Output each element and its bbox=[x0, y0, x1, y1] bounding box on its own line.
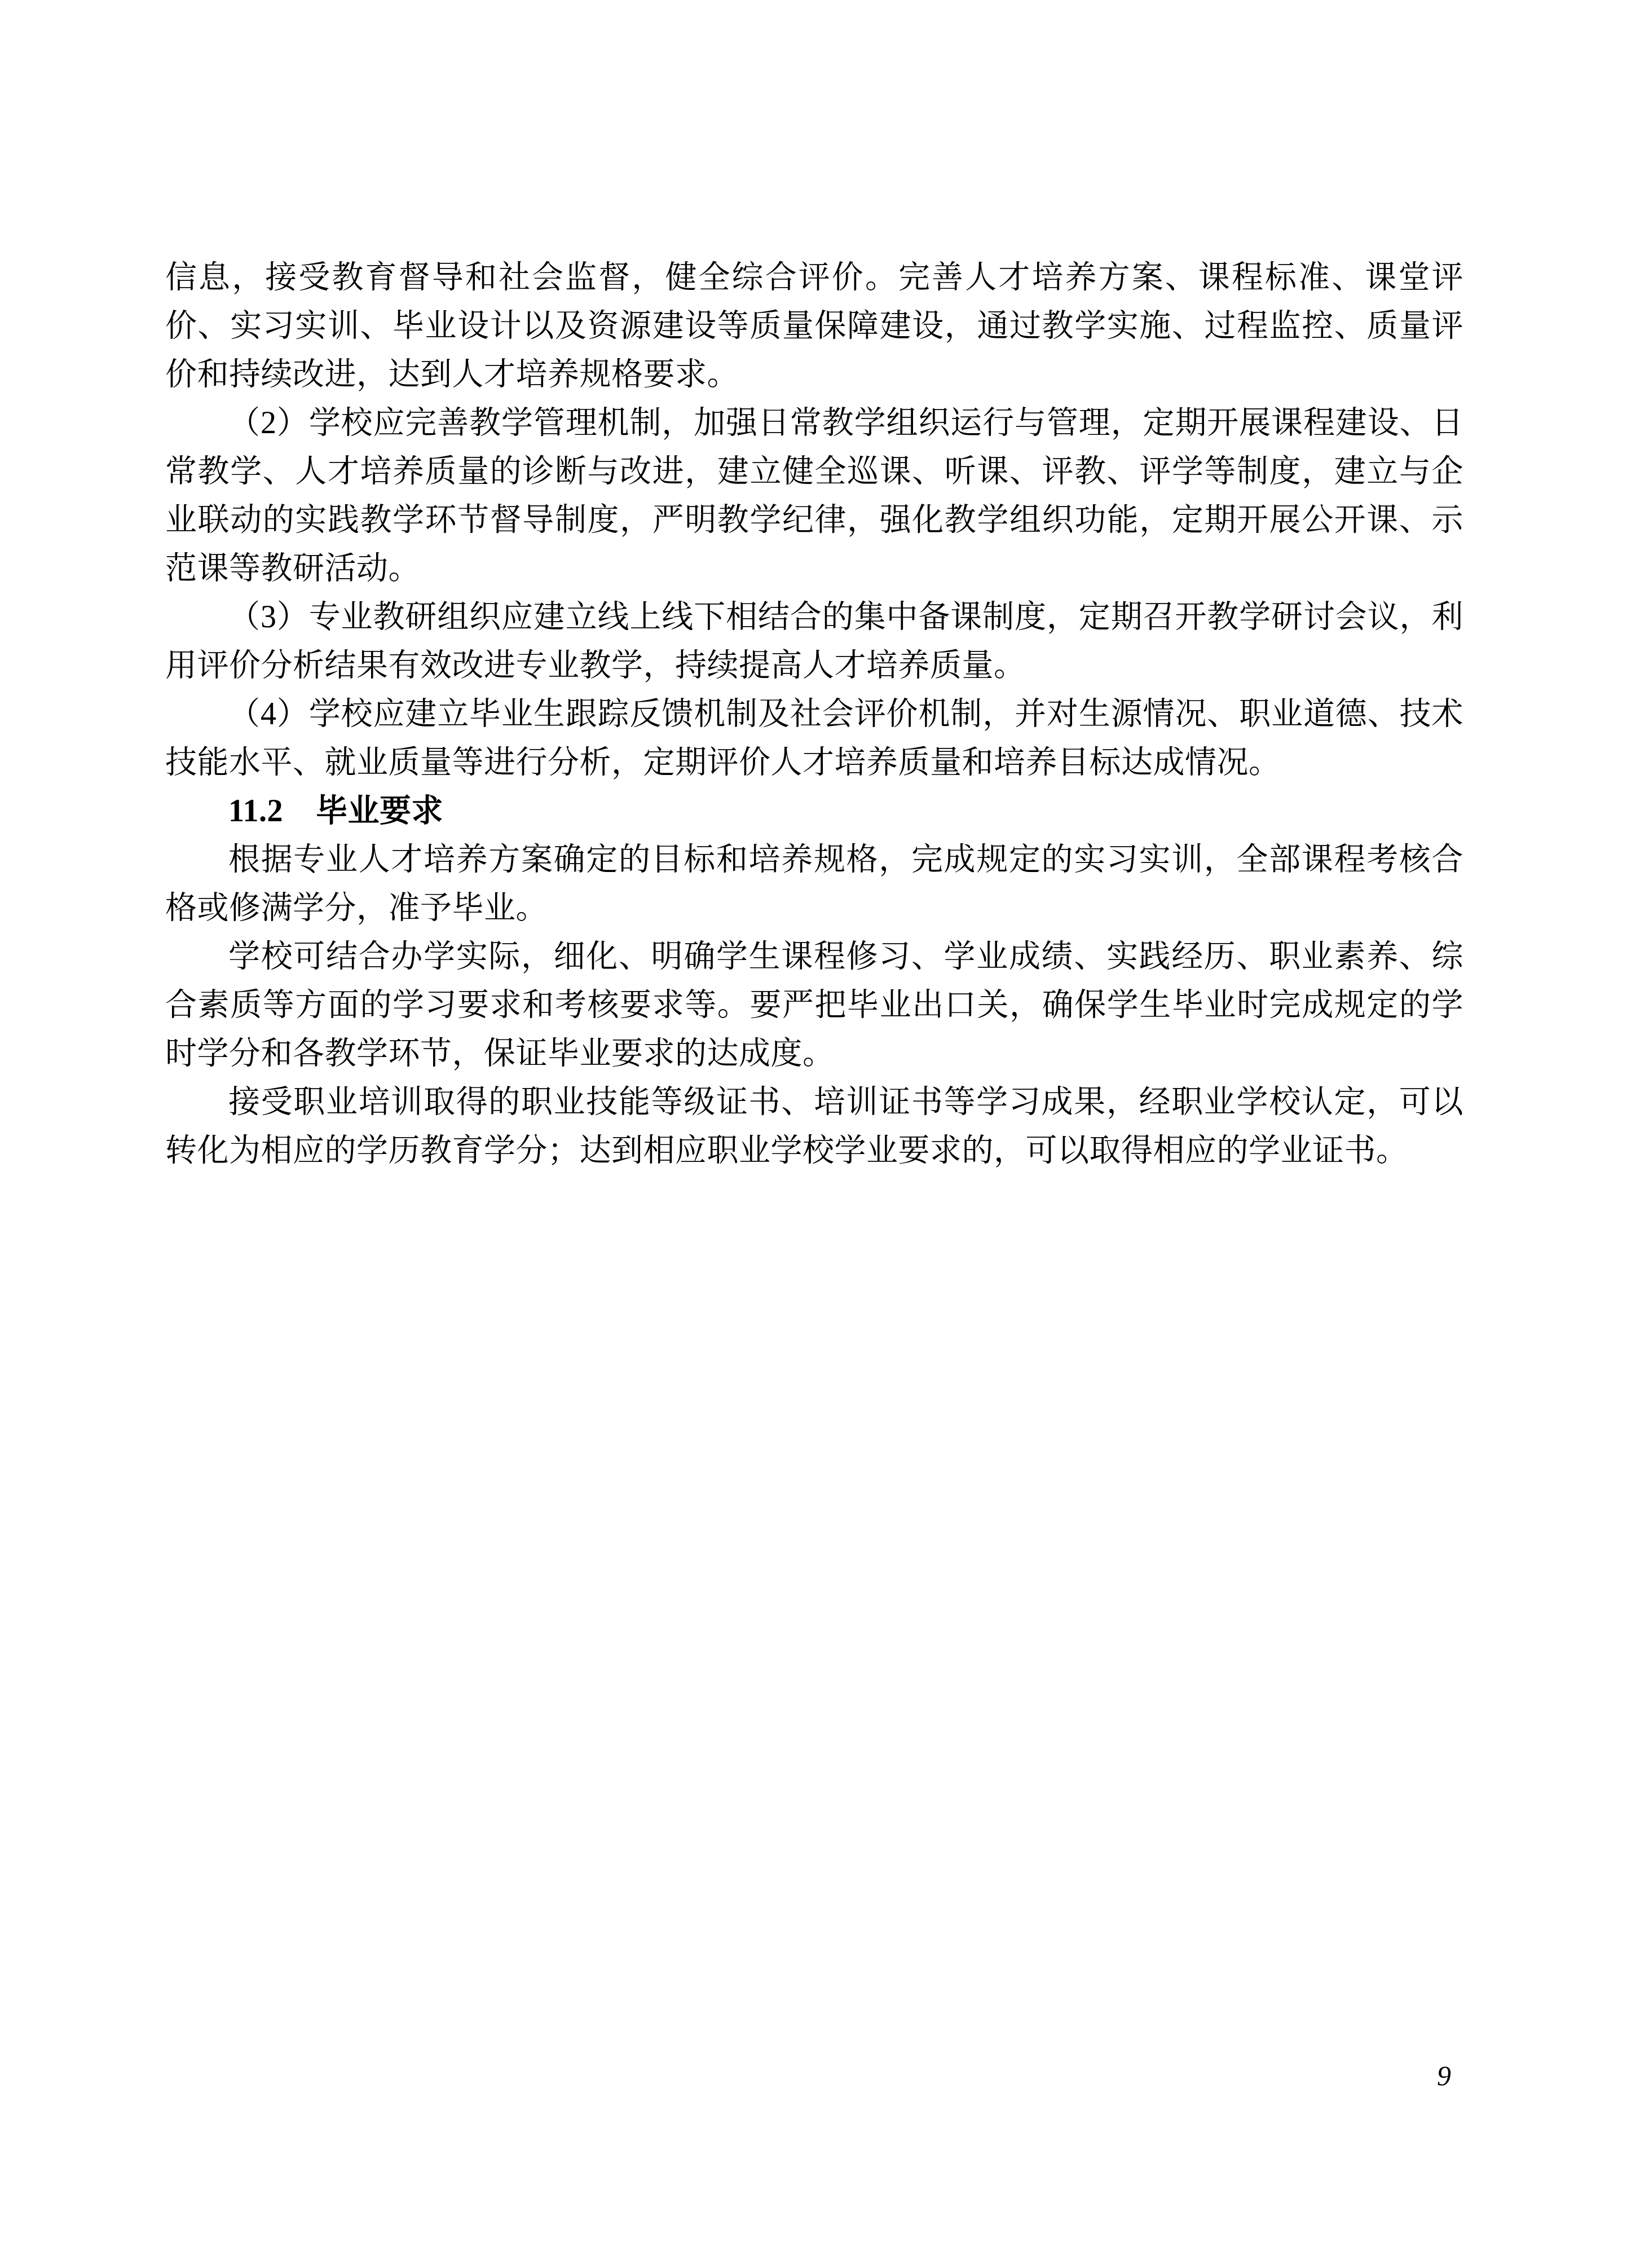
body-paragraph-graduation-3: 接受职业培训取得的职业技能等级证书、培训证书等学习成果，经职业学校认定，可以转化… bbox=[165, 1078, 1463, 1175]
body-paragraph-graduation-1: 根据专业人才培养方案确定的目标和培养规格，完成规定的实习实训，全部课程考核合格或… bbox=[165, 835, 1463, 932]
body-paragraph-item-4: （4）学校应建立毕业生跟踪反馈机制及社会评价机制，并对生源情况、职业道德、技术技… bbox=[165, 690, 1463, 787]
section-heading: 11.2毕业要求 bbox=[165, 787, 1463, 835]
section-heading-number: 11.2 bbox=[228, 794, 283, 829]
page-number: 9 bbox=[1437, 2059, 1451, 2093]
body-paragraph-graduation-2: 学校可结合办学实际，细化、明确学生课程修习、学业成绩、实践经历、职业素养、综合素… bbox=[165, 932, 1463, 1078]
document-page: 信息，接受教育督导和社会监督，健全综合评价。完善人才培养方案、课程标准、课堂评价… bbox=[0, 0, 1627, 2268]
body-paragraph-item-2: （2）学校应完善教学管理机制，加强日常教学组织运行与管理，定期开展课程建设、日常… bbox=[165, 399, 1463, 593]
body-paragraph-continuation: 信息，接受教育督导和社会监督，健全综合评价。完善人才培养方案、课程标准、课堂评价… bbox=[165, 253, 1463, 399]
page-body-text: 信息，接受教育督导和社会监督，健全综合评价。完善人才培养方案、课程标准、课堂评价… bbox=[165, 253, 1463, 1175]
body-paragraph-item-3: （3）专业教研组织应建立线上线下相结合的集中备课制度，定期召开教学研讨会议，利用… bbox=[165, 593, 1463, 690]
section-heading-title: 毕业要求 bbox=[316, 794, 443, 829]
